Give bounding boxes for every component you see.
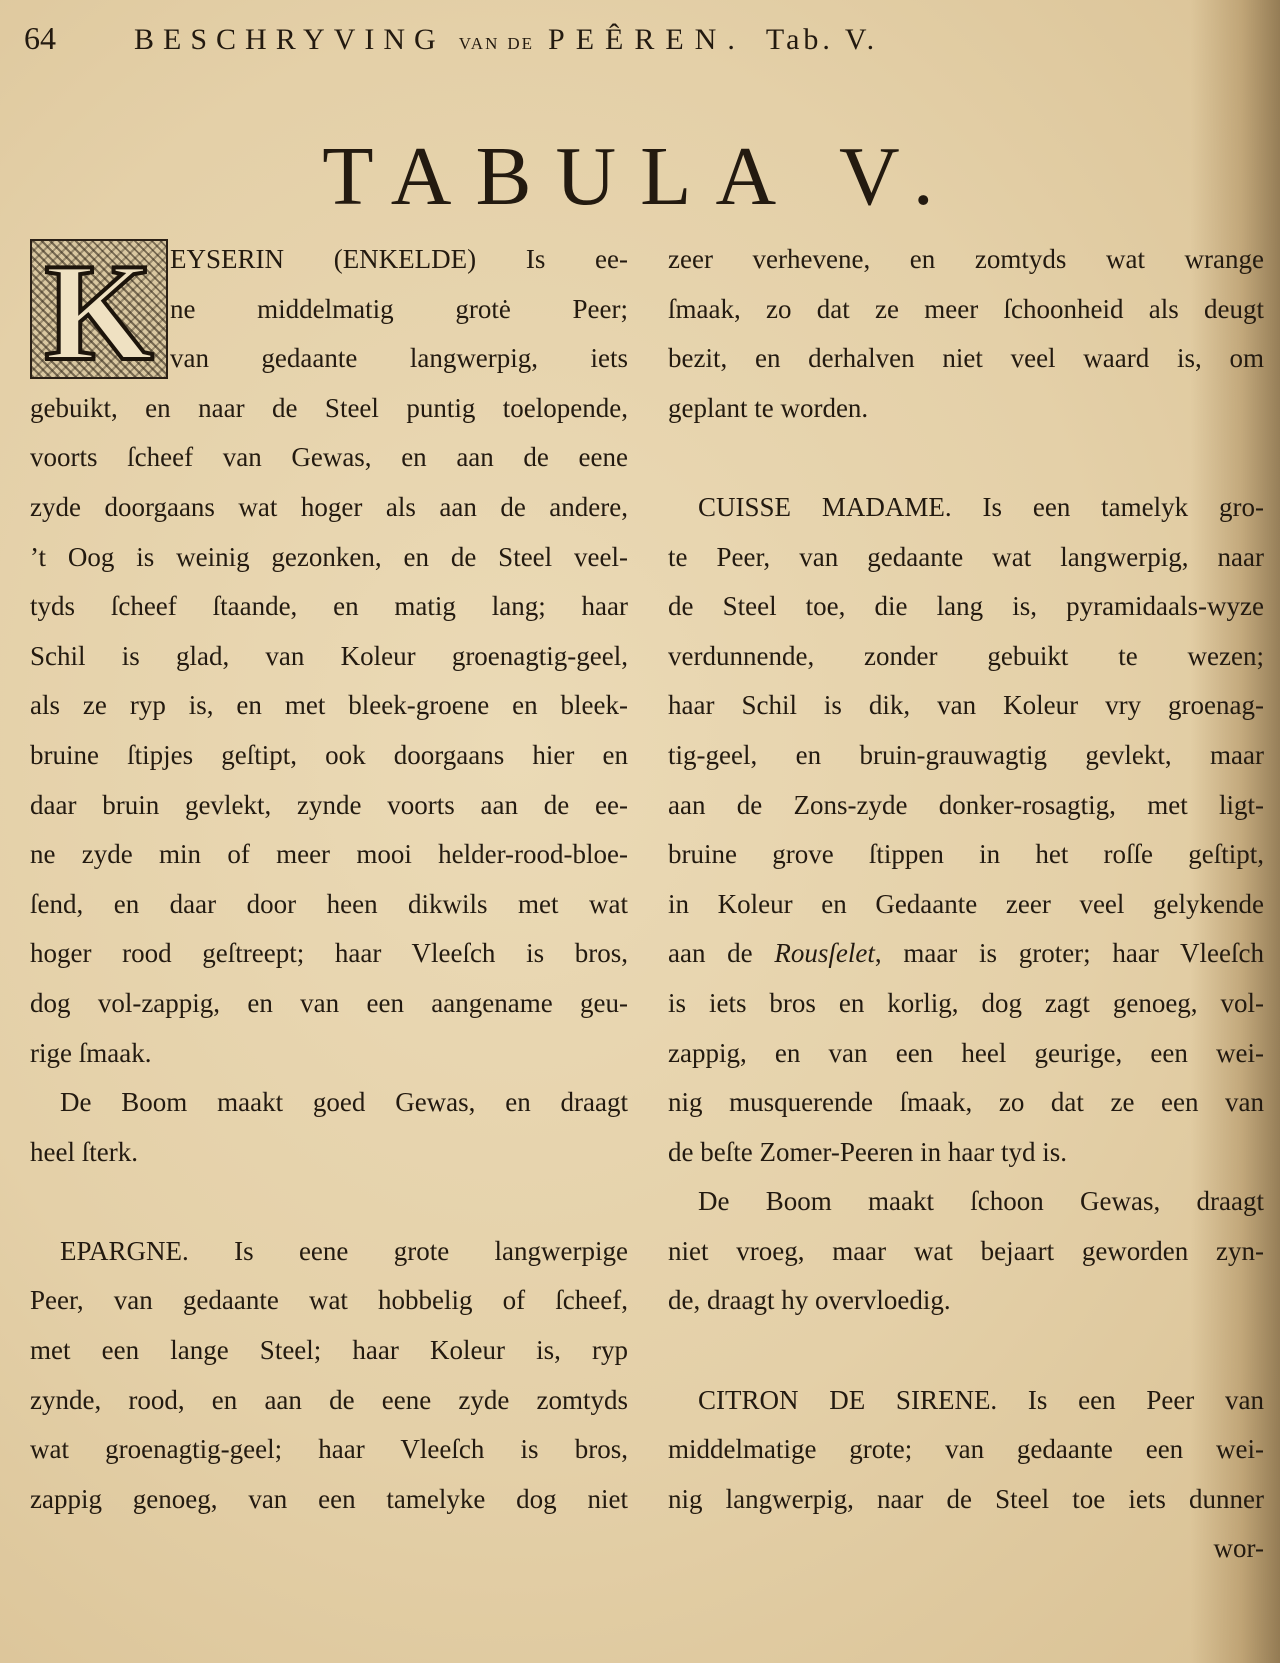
text-line: De Boom maakt ſchoon Gewas, draagt [668,1177,1264,1227]
text-line: gebuikt, en naar de Steel puntig toelope… [30,384,628,434]
text-line: hoger rood geſtreept; haar Vleeſch is br… [30,929,628,979]
book-page: 64 BESCHRYVING van de PEÊREN. Tab. V. TA… [0,0,1280,1663]
text-line: de beſte Zomer-Peeren in haar tyd is. [668,1128,1264,1178]
text-line: de, draagt hy overvloedig. [668,1276,1264,1326]
text-line: als ze ryp is, en met bleek-groene en bl… [30,681,628,731]
italic-variety-name: Rousſelet [774,938,874,968]
text-line-rousselet: aan de Rousſelet, maar is groter; haar V… [668,929,1264,979]
catchword: wor- [668,1524,1264,1574]
text-line: zappig genoeg, van een tamelyke dog niet [30,1475,628,1525]
ornamental-dropcap: K [30,239,168,379]
dropcap-letter: K [45,243,154,383]
entry-heading-citron-de-sirene: CITRON DE SIRENE. Is een Peer van [668,1376,1264,1426]
text-line: middelmatige grote; van gedaante een wei… [668,1425,1264,1475]
text-line: heel ſterk. [30,1128,628,1178]
paragraph-gap [30,1177,628,1227]
text-line: wat groenagtig-geel; haar Vleeſch is bro… [30,1425,628,1475]
text-line: zyde doorgaans wat hoger als aan de ande… [30,483,628,533]
text-line: bezit, en derhalven niet veel waard is, … [668,334,1264,384]
text-line: zappig, en van een heel geurige, een wei… [668,1029,1264,1079]
text-fragment: maar is groter; haar Vleeſch [903,938,1264,968]
text-line: zynde, rood, en aan de eene zyde zomtyds [30,1376,628,1426]
text-line: aan de Zons-zyde donker-rosagtig, met li… [668,781,1264,831]
text-line: De Boom maakt goed Gewas, en draagt [30,1078,628,1128]
running-head-tab: Tab. V. [766,23,878,57]
text-line: in Koleur en Gedaante zeer veel gelykend… [668,880,1264,930]
text-line: is iets bros en korlig, dog zagt genoeg,… [668,979,1264,1029]
text-fragment: , [875,938,903,968]
text-line: verdunnende, zonder gebuikt te wezen; [668,632,1264,682]
text-line: Schil is glad, van Koleur groenagtig-gee… [30,632,628,682]
text-line: dog vol-zappig, en van een aangename geu… [30,979,628,1029]
text-line: geplant te worden. [668,384,1264,434]
text-line: met een lange Steel; haar Koleur is, ryp [30,1326,628,1376]
text-fragment: aan de [668,938,774,968]
text-line: rige ſmaak. [30,1029,628,1079]
right-column: zeer verhevene, en zomtyds wat wrange ſm… [668,235,1264,1574]
text-line: zeer verhevene, en zomtyds wat wrange [668,235,1264,285]
text-line: de Steel toe, die lang is, pyramidaals-w… [668,582,1264,632]
page-number: 64 [24,20,134,57]
text-line: bruine ſtipjes geſtipt, ook doorgaans hi… [30,731,628,781]
text-line: ’t Oog is weinig gezonken, en de Steel v… [30,533,628,583]
text-line: tig-geel, en bruin-grauwagtig gevlekt, m… [668,731,1264,781]
text-line: niet vroeg, maar wat bejaart geworden zy… [668,1227,1264,1277]
running-head-peeren: PEÊREN. [548,23,746,57]
text-line: te Peer, van gedaante wat langwerpig, na… [668,533,1264,583]
text-line: ſend, en daar door heen dikwils met wat [30,880,628,930]
paragraph-gap [668,433,1264,483]
text-line: daar bruin gevlekt, zynde voorts aan de … [30,781,628,831]
running-head: 64 BESCHRYVING van de PEÊREN. Tab. V. [24,20,1180,57]
text-line: ne zyde min of meer mooi helder-rood-blo… [30,830,628,880]
paragraph-gap [668,1326,1264,1376]
page-title: TABULA V. [0,128,1280,225]
text-line: voorts ſcheef van Gewas, en aan de eene [30,433,628,483]
entry-heading-cuisse-madame: CUISSE MADAME. Is een tamelyk gro- [668,483,1264,533]
text-line: haar Schil is dik, van Koleur vry groena… [668,681,1264,731]
text-line: nig langwerpig, naar de Steel toe iets d… [668,1475,1264,1525]
entry-heading-epargne: EPARGNE. Is eene grote langwerpige [30,1227,628,1277]
text-line: Peer, van gedaante wat hobbelig of ſchee… [30,1276,628,1326]
text-line: bruine grove ſtippen in het roſſe geſtip… [668,830,1264,880]
running-head-beschryving: BESCHRYVING [134,23,445,57]
text-line: tyds ſcheef ſtaande, en matig lang; haar [30,582,628,632]
text-line: ſmaak, zo dat ze meer ſchoonheid als deu… [668,285,1264,335]
running-head-van-de: van de [459,29,534,56]
text-line: nig musquerende ſmaak, zo dat ze een van [668,1078,1264,1128]
left-column: K EYSERIN (ENKELDE) Is ee- ne middelmati… [30,235,628,1524]
